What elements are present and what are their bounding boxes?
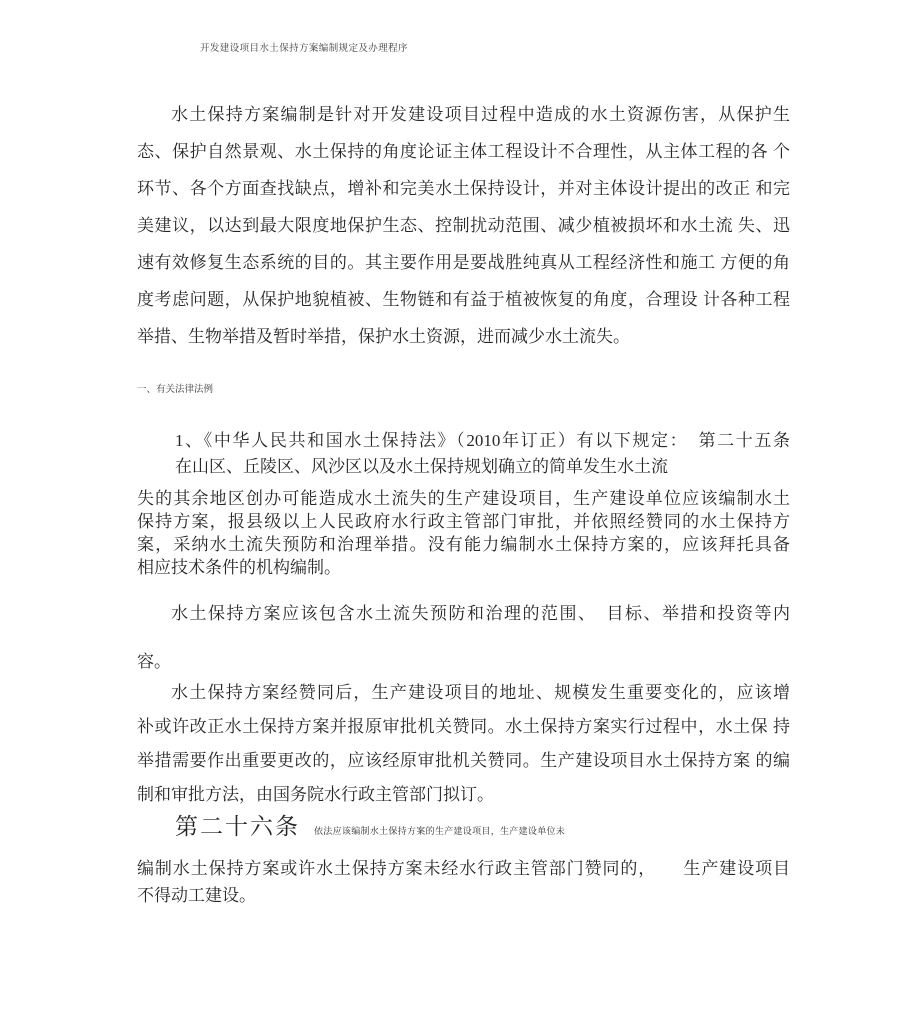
body-line: 保持方案，报县级以上人民政府水行政主管部门审批，并依照经赞同的水土保持方 <box>137 510 790 533</box>
article-26-heading: 第二十六条 依法应该编制水土保持方案的生产建设项目，生产建设单位未 <box>175 810 565 844</box>
article-26-term: 第二十六条 <box>175 810 300 844</box>
intro-line: 环节、各个方面查找缺点，增补和完美水土保持设计，并对主体设计提出的改正 和完 <box>137 170 790 207</box>
intro-line: 水土保持方案编制是针对开发建设项目过程中造成的水土资源伤害，从保护生 <box>137 96 790 133</box>
paragraph-erosion-areas: 失的其余地区创办可能造成水土流失的生产建设项目，生产建设单位应该编制水土 保持方… <box>137 487 790 579</box>
body-line: 相应技术条件的机构编制。 <box>137 556 790 579</box>
body-line: 制和审批方法，由国务院水行政主管部门拟订。 <box>137 778 790 812</box>
intro-line: 速有效修复生态系统的目的。其主要作用是要战胜纯真从工程经济性和施工 方便的角 <box>137 244 790 281</box>
body-line: 水土保持方案应该包含水土流失预防和治理的范围、 目标、举措和投资等内 <box>137 590 790 638</box>
body-line: 补或许改正水土保持方案并报原审批机关赞同。水土保持方案实行过程中，水土保 持 <box>137 710 790 744</box>
law-item-1: 1、《中华人民共和国水土保持法》（2010年订正）有以下规定： 第二十五条 在山… <box>175 428 790 480</box>
body-line: 编制水土保持方案或许水土保持方案未经水行政主管部门赞同的， 生产建设项目 <box>137 855 790 882</box>
body-line: 举措需要作出重要更改的，应该经原审批机关赞同。生产建设项目水土保持方案 的编 <box>137 744 790 778</box>
section-heading-laws: 一、有关法律法例 <box>137 381 213 395</box>
body-line: 失的其余地区创办可能造成水土流失的生产建设项目，生产建设单位应该编制水土 <box>137 487 790 510</box>
paragraph-plan-changes: 水土保持方案经赞同后，生产建设项目的地址、规模发生重要变化的，应该增 补或许改正… <box>137 676 790 812</box>
intro-paragraph: 水土保持方案编制是针对开发建设项目过程中造成的水土资源伤害，从保护生 态、保护自… <box>137 96 790 355</box>
intro-line: 度考虑问题，从保护地貌植被、生物链和有益于植被恢复的角度，合理设 计各种工程 <box>137 281 790 318</box>
document-header-title: 开发建设项目水土保持方案编制规定及办理程序 <box>200 40 408 54</box>
paragraph-article26-body: 编制水土保持方案或许水土保持方案未经水行政主管部门赞同的， 生产建设项目 不得动… <box>137 855 790 909</box>
body-line: 水土保持方案经赞同后，生产建设项目的地址、规模发生重要变化的，应该增 <box>137 676 790 710</box>
intro-line: 态、保护自然景观、水土保持的角度论证主体工程设计不合理性，从主体工程的各 个 <box>137 133 790 170</box>
article-26-note: 依法应该编制水土保持方案的生产建设项目，生产建设单位未 <box>314 824 565 837</box>
document-page: 开发建设项目水土保持方案编制规定及办理程序 水土保持方案编制是针对开发建设项目过… <box>0 0 920 1017</box>
body-line: 案，采纳水土流失预防和治理举措。没有能力编制水土保持方案的，应该拜托具备 <box>137 533 790 556</box>
body-line: 不得动工建设。 <box>137 882 790 909</box>
law-item-line: 在山区、丘陵区、风沙区以及水土保持规划确立的简单发生水土流 <box>175 454 790 480</box>
law-item-line: 1、《中华人民共和国水土保持法》（2010年订正）有以下规定： 第二十五条 <box>175 428 790 454</box>
intro-line: 美建议，以达到最大限度地保护生态、控制扰动范围、减少植被损坏和水土流 失、迅 <box>137 207 790 244</box>
intro-line: 举措、生物举措及暂时举措，保护水土资源，进而减少水土流失。 <box>137 318 790 355</box>
paragraph-plan-scope: 水土保持方案应该包含水土流失预防和治理的范围、 目标、举措和投资等内 容。 <box>137 590 790 686</box>
